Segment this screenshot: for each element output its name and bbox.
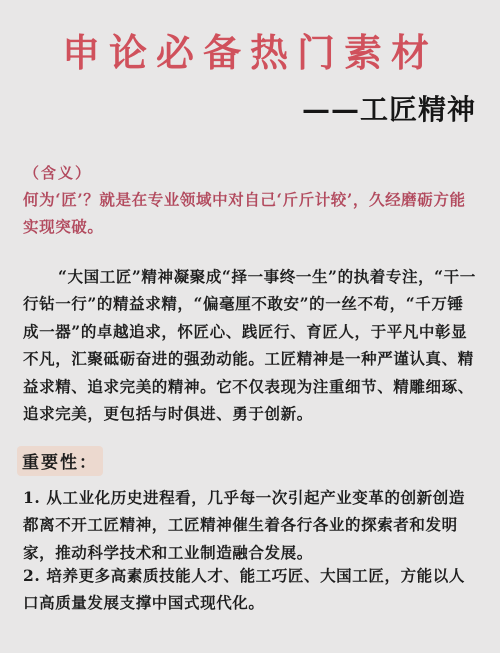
page-title: 申论必备热门素材	[0, 30, 500, 76]
importance-point-2: 2. 培养更多高素质技能人才、能工巧匠、大国工匠，方能以人口高质量发展支撑中国式…	[23, 562, 478, 617]
meaning-label: （含义）	[24, 162, 92, 183]
meaning-text: 何为‘匠’？就是在专业领域中对自己‘斤斤计较’，久经磨砺方能实现突破。	[23, 186, 478, 240]
importance-point-1: 1. 从工业化历史进程看，几乎每一次引起产业变革的创新创造都离不开工匠精神，工匠…	[23, 484, 478, 566]
importance-label: 重要性：	[17, 446, 103, 476]
body-paragraph: “大国工匠”精神凝聚成“择一事终一生”的执着专注，“干一行钻一行”的精益求精，“…	[23, 263, 478, 427]
page-subtitle: ——工匠精神	[302, 92, 476, 128]
